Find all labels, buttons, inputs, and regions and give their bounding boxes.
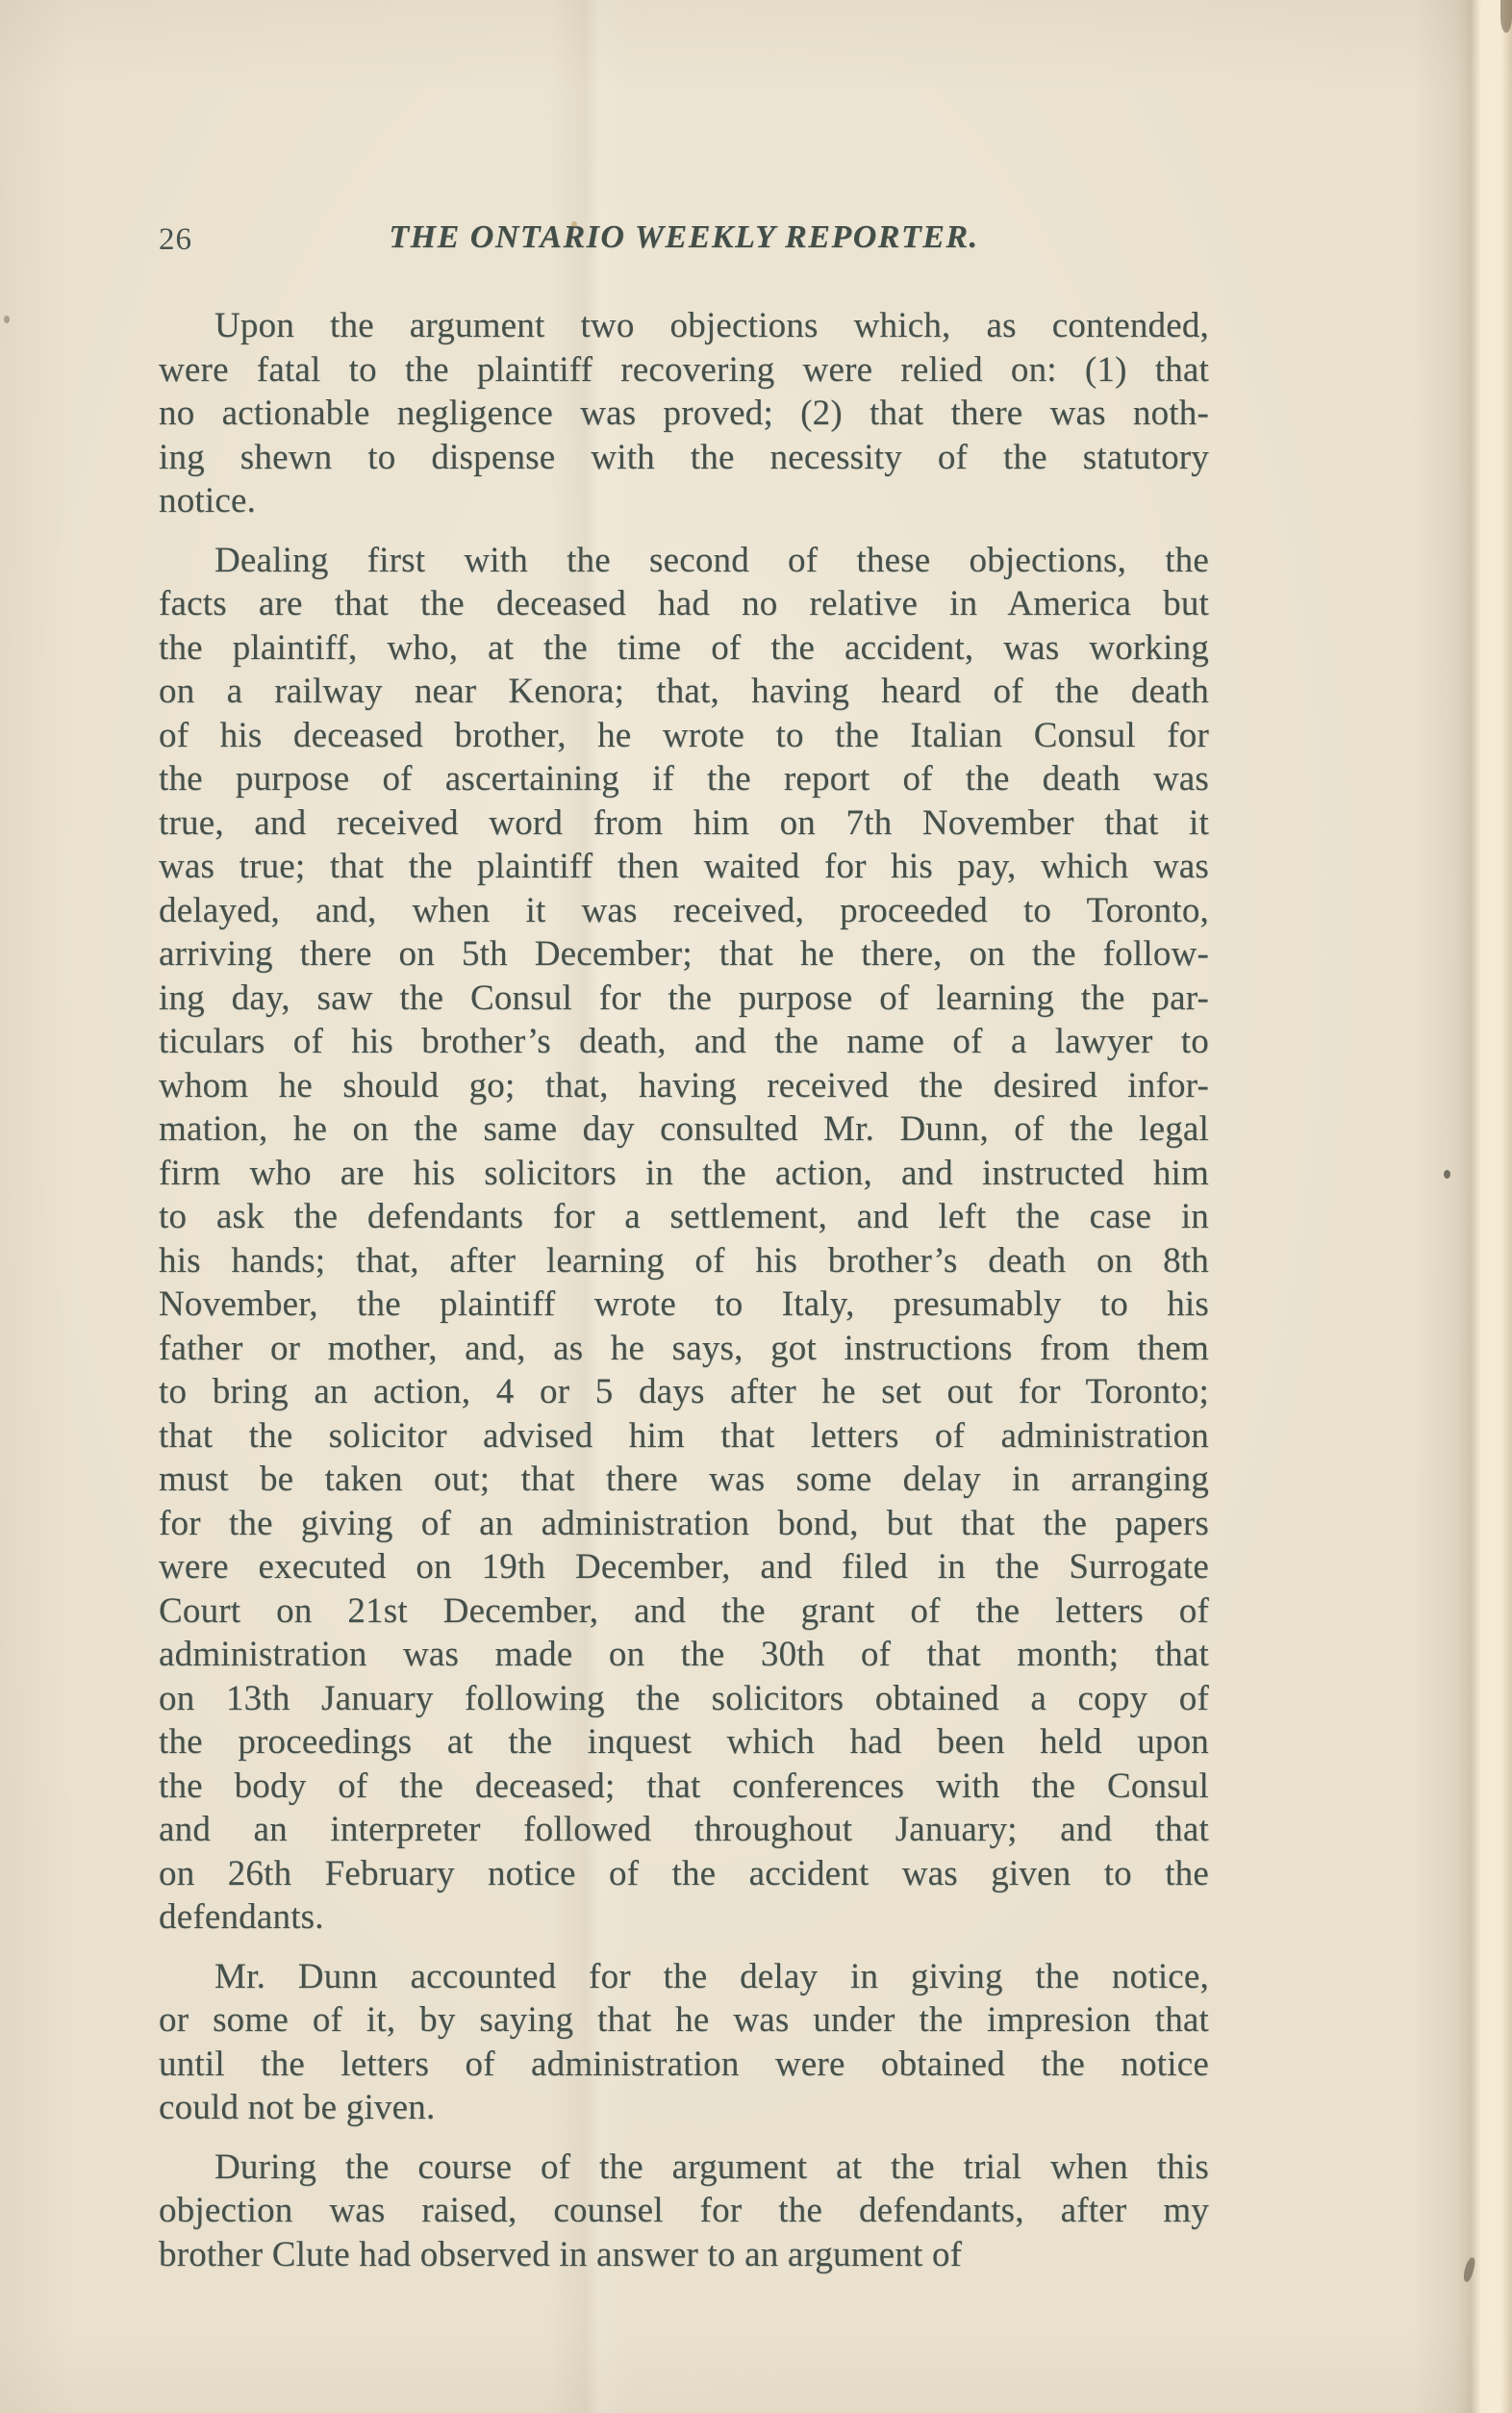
scan-speck	[1462, 2256, 1476, 2282]
text-line: Upon the argument two objections which, …	[159, 304, 1209, 348]
text-line: During the course of the argument at the…	[159, 2146, 1209, 2190]
text-line: delayed, and, when it was received, proc…	[159, 889, 1209, 933]
text-line: the proceedings at the inquest which had…	[159, 1720, 1209, 1765]
paragraph: Upon the argument two objections which, …	[159, 304, 1209, 523]
text-line: or some of it, by saying that he was und…	[159, 1998, 1209, 2043]
paragraph: Mr. Dunn accounted for the delay in givi…	[159, 1955, 1209, 2130]
text-line: the purpose of ascertaining if the repor…	[159, 757, 1209, 801]
text-line: objection was raised, counsel for the de…	[159, 2189, 1209, 2233]
text-line: no actionable negligence was proved; (2)…	[159, 392, 1209, 436]
running-head: 26 THE ONTARIO WEEKLY REPORTER.	[159, 219, 1209, 262]
page-body: Upon the argument two objections which, …	[159, 304, 1209, 2276]
text-line: to bring an action, 4 or 5 days after he…	[159, 1370, 1209, 1414]
text-line: administration was made on the 30th of t…	[159, 1633, 1209, 1677]
paragraph: During the course of the argument at the…	[159, 2146, 1209, 2277]
text-line: brother Clute had observed in answer to …	[159, 2233, 1209, 2277]
text-line: mation, he on the same day consulted Mr.…	[159, 1107, 1209, 1152]
text-line: on 26th February notice of the accident …	[159, 1852, 1209, 1896]
text-line: was true; that the plaintiff then waited…	[159, 845, 1209, 889]
text-line: were fatal to the plaintiff recovering w…	[159, 348, 1209, 393]
text-line: facts are that the deceased had no relat…	[159, 582, 1209, 626]
text-line: defendants.	[159, 1895, 1209, 1940]
text-line: for the giving of an administration bond…	[159, 1502, 1209, 1546]
text-line: the body of the deceased; that conferenc…	[159, 1765, 1209, 1809]
text-line: were executed on 19th December, and file…	[159, 1545, 1209, 1589]
text-line: to ask the defendants for a settlement, …	[159, 1195, 1209, 1239]
text-line: arriving there on 5th December; that he …	[159, 932, 1209, 977]
text-line: must be taken out; that there was some d…	[159, 1458, 1209, 1502]
text-line: the plaintiff, who, at the time of the a…	[159, 626, 1209, 671]
text-line: on a railway near Kenora; that, having h…	[159, 670, 1209, 714]
text-line: father or mother, and, as he says, got i…	[159, 1327, 1209, 1371]
text-line: Court on 21st December, and the grant of…	[159, 1589, 1209, 1634]
text-line: firm who are his solicitors in the actio…	[159, 1152, 1209, 1196]
text-line: of his deceased brother, he wrote to the…	[159, 714, 1209, 758]
text-line: ticulars of his brother’s death, and the…	[159, 1020, 1209, 1064]
text-line: whom he should go; that, having received…	[159, 1064, 1209, 1108]
text-line: on 13th January following the solicitors…	[159, 1677, 1209, 1721]
text-line: until the letters of administration were…	[159, 2043, 1209, 2087]
running-header-title: THE ONTARIO WEEKLY REPORTER.	[159, 219, 1209, 256]
paragraph: Dealing first with the second of these o…	[159, 539, 1209, 1940]
text-line: ing shewn to dispense with the necessity…	[159, 436, 1209, 480]
scanned-page: 26 THE ONTARIO WEEKLY REPORTER. Upon the…	[0, 0, 1512, 2413]
scan-speck	[4, 316, 10, 323]
scan-speck	[1444, 1170, 1450, 1179]
text-line: true, and received word from him on 7th …	[159, 801, 1209, 846]
scan-edge-mark	[1500, 0, 1512, 33]
page-number: 26	[159, 222, 192, 258]
foxing-dot	[571, 221, 577, 227]
text-line: ing day, saw the Consul for the purpose …	[159, 977, 1209, 1021]
text-line: notice.	[159, 479, 1209, 523]
text-line: and an interpreter followed throughout J…	[159, 1808, 1209, 1852]
text-line: that the solicitor advised him that lett…	[159, 1414, 1209, 1459]
text-line: could not be given.	[159, 2086, 1209, 2130]
text-line: his hands; that, after learning of his b…	[159, 1239, 1209, 1283]
text-line: November, the plaintiff wrote to Italy, …	[159, 1283, 1209, 1327]
text-line: Dealing first with the second of these o…	[159, 539, 1209, 583]
text-line: Mr. Dunn accounted for the delay in givi…	[159, 1955, 1209, 1999]
